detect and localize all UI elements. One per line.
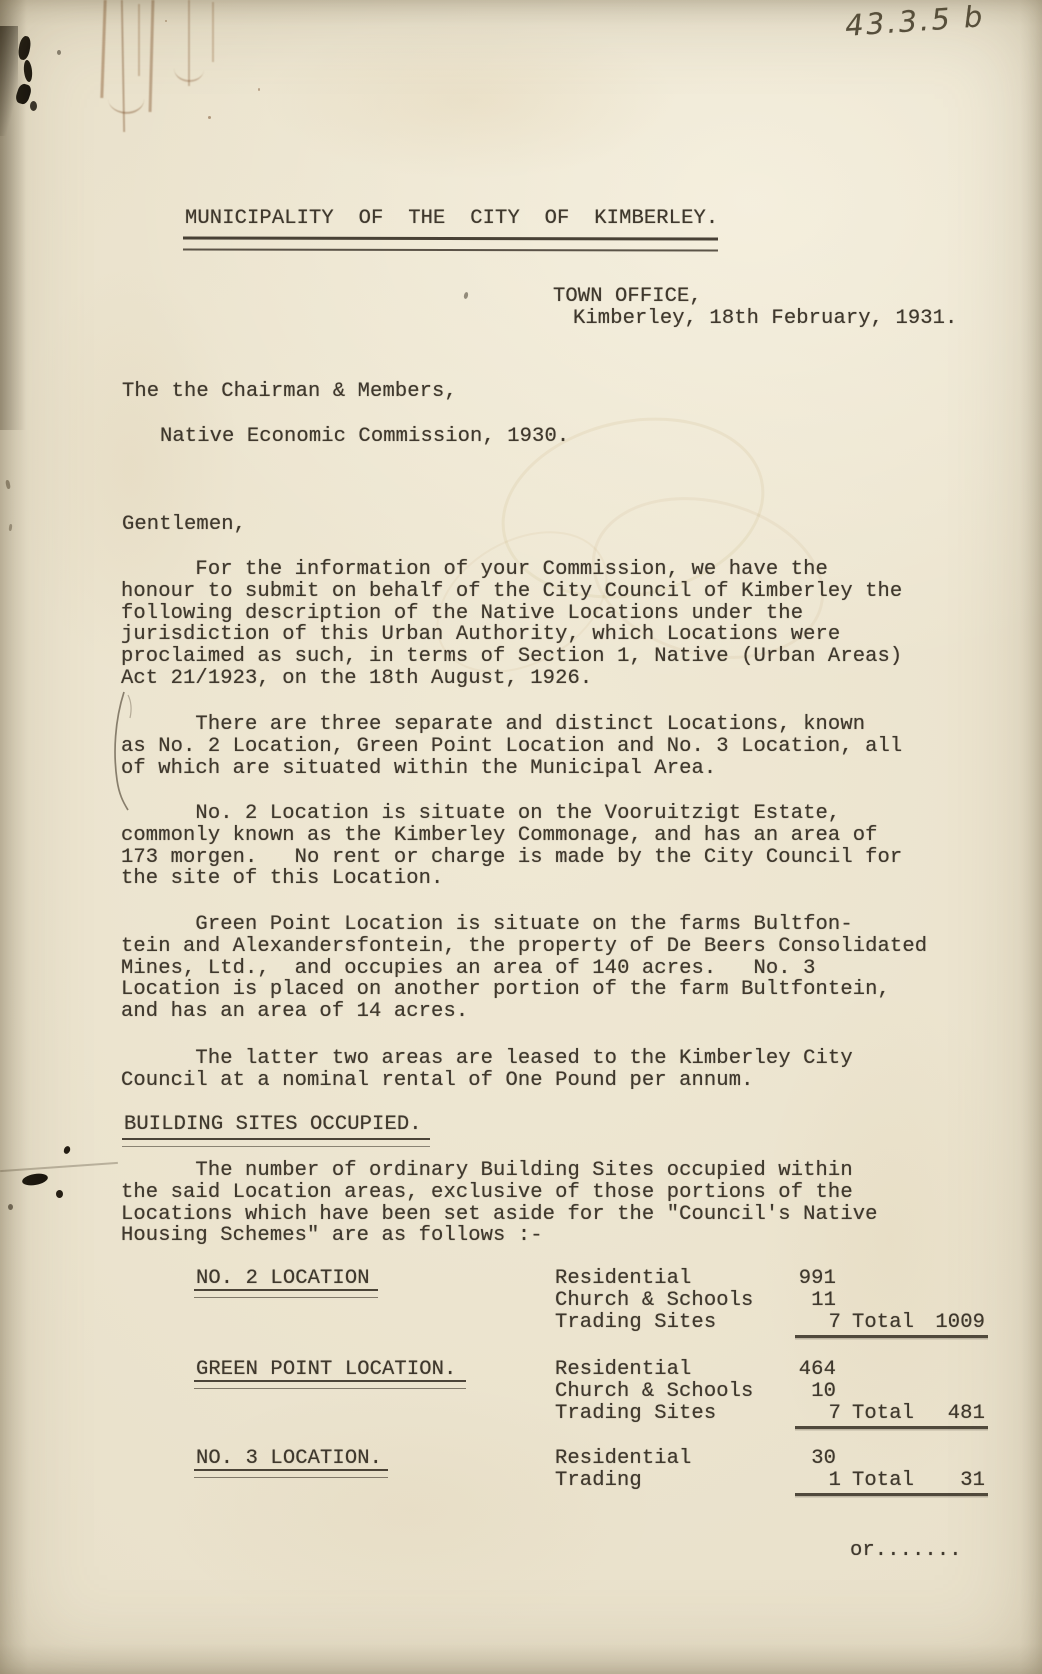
ink-speck	[56, 1190, 63, 1198]
ink-blot	[23, 60, 33, 83]
paragraph-4: Green Point Location is situate on the f…	[121, 914, 927, 1023]
left-edge-shadow	[0, 0, 26, 430]
text-line: The number of ordinary Building Sites oc…	[121, 1160, 878, 1182]
section-heading: BUILDING SITES OCCUPIED.	[124, 1114, 422, 1136]
text-line: commonly known as the Kimberley Commonag…	[121, 825, 902, 847]
ink-blot	[30, 101, 37, 111]
row-label: Residential	[555, 1359, 691, 1381]
row-label: Church & Schools	[555, 1381, 753, 1403]
total-underline	[795, 1335, 988, 1338]
ink-blot	[21, 1172, 49, 1187]
table-group-no2-location: NO. 2 LOCATION Residential 991 Church & …	[0, 1268, 1042, 1360]
text-line: Location is placed on another portion of…	[121, 979, 927, 1001]
table-group-green-point-location: GREEN POINT LOCATION. Residential 464 Ch…	[0, 1359, 1042, 1451]
row-value: 11	[755, 1290, 836, 1312]
group-name: NO. 2 LOCATION	[196, 1268, 370, 1290]
total-underline	[795, 1426, 988, 1429]
text-line: The latter two areas are leased to the K…	[121, 1048, 853, 1070]
ink-speck	[63, 1145, 72, 1155]
row-value: 464	[755, 1359, 836, 1381]
total-underline	[795, 1493, 988, 1496]
recipient-line: Native Economic Commission, 1930.	[160, 426, 569, 448]
text-line: the site of this Location.	[121, 868, 902, 890]
group-name-underline	[194, 1380, 466, 1389]
total-value: 1009	[858, 1312, 985, 1334]
ink-blot	[14, 82, 33, 105]
salutation: Gentlemen,	[122, 514, 246, 536]
group-name-underline	[194, 1289, 378, 1298]
text-line: tein and Alexandersfontein, the property…	[121, 936, 927, 958]
text-line: jurisdiction of this Urban Authority, wh…	[121, 624, 902, 646]
text-line: There are three separate and distinct Lo…	[121, 714, 902, 736]
text-line: 173 morgen. No rent or charge is made by…	[121, 847, 902, 869]
dateline-place-date: Kimberley, 18th February, 1931.	[573, 308, 957, 330]
paragraph-2: There are three separate and distinct Lo…	[121, 714, 902, 779]
text-line: proclaimed as such, in terms of Section …	[121, 646, 902, 668]
letterhead-title: MUNICIPALITY OF THE CITY OF KIMBERLEY.	[185, 208, 718, 230]
stray-ink-mark	[463, 292, 469, 300]
table-group-no3-location: NO. 3 LOCATION. Residential 30 Trading 1…	[0, 1448, 1042, 1540]
text-line: and has an area of 14 acres.	[121, 1001, 927, 1023]
text-line: Act 21/1923, on the 18th August, 1926.	[121, 668, 902, 690]
ink-blot	[57, 50, 61, 55]
group-name-underline	[194, 1469, 388, 1478]
text-line: of which are situated within the Municip…	[121, 758, 902, 780]
row-value: 7	[760, 1312, 841, 1334]
age-stain	[260, 20, 680, 180]
text-line: Council at a nominal rental of One Pound…	[121, 1070, 853, 1092]
paragraph-1: For the information of your Commission, …	[121, 559, 902, 690]
title-underline-rule	[183, 236, 718, 251]
total-value: 481	[858, 1403, 985, 1425]
row-label: Trading Sites	[555, 1403, 716, 1425]
group-name: GREEN POINT LOCATION.	[196, 1359, 456, 1381]
row-label: Trading Sites	[555, 1312, 716, 1334]
text-line: as No. 2 Location, Green Point Location …	[121, 736, 902, 758]
handwritten-annotation: 43.3.5 b	[844, 0, 986, 43]
text-line: For the information of your Commission, …	[121, 559, 902, 581]
text-line: No. 2 Location is situate on the Vooruit…	[121, 803, 902, 825]
row-value: 991	[755, 1268, 836, 1290]
group-name: NO. 3 LOCATION.	[196, 1448, 382, 1470]
total-value: 31	[858, 1470, 985, 1492]
ink-speck	[8, 1204, 13, 1210]
text-line: Green Point Location is situate on the f…	[121, 914, 927, 936]
rust-stain-cluster	[90, 0, 280, 170]
text-line: honour to submit on behalf of the City C…	[121, 581, 902, 603]
text-line: following description of the Native Loca…	[121, 603, 902, 625]
corner-shadow	[0, 26, 18, 136]
margin-ink-mark	[5, 480, 11, 490]
margin-ink-mark	[9, 524, 13, 531]
row-label: Residential	[555, 1268, 691, 1290]
row-label: Trading	[555, 1470, 642, 1492]
scanned-letter-page: 43.3.5 b MUNICIPALITY OF THE CITY OF KIM…	[0, 0, 1042, 1674]
recipient-line: The the Chairman & Members,	[122, 381, 457, 403]
row-label: Residential	[555, 1448, 691, 1470]
text-line: Locations which have been set aside for …	[121, 1204, 878, 1226]
text-line: Housing Schemes" are as follows :-	[121, 1225, 878, 1247]
row-label: Church & Schools	[555, 1290, 753, 1312]
paragraph-6: The number of ordinary Building Sites oc…	[121, 1160, 878, 1247]
row-value: 30	[755, 1448, 836, 1470]
row-value: 7	[760, 1403, 841, 1425]
scratch-mark	[0, 1162, 118, 1172]
ink-blot	[17, 35, 32, 61]
text-line: Mines, Ltd., and occupies an area of 140…	[121, 958, 927, 980]
paragraph-5: The latter two areas are leased to the K…	[121, 1048, 853, 1092]
row-value: 10	[755, 1381, 836, 1403]
section-heading-underline	[122, 1138, 430, 1147]
dateline-office: TOWN OFFICE,	[553, 286, 702, 308]
paragraph-3: No. 2 Location is situate on the Vooruit…	[121, 803, 902, 890]
row-value: 1	[760, 1470, 841, 1492]
text-line: the said Location areas, exclusive of th…	[121, 1182, 878, 1204]
continuation-mark: or.......	[850, 1540, 962, 1562]
